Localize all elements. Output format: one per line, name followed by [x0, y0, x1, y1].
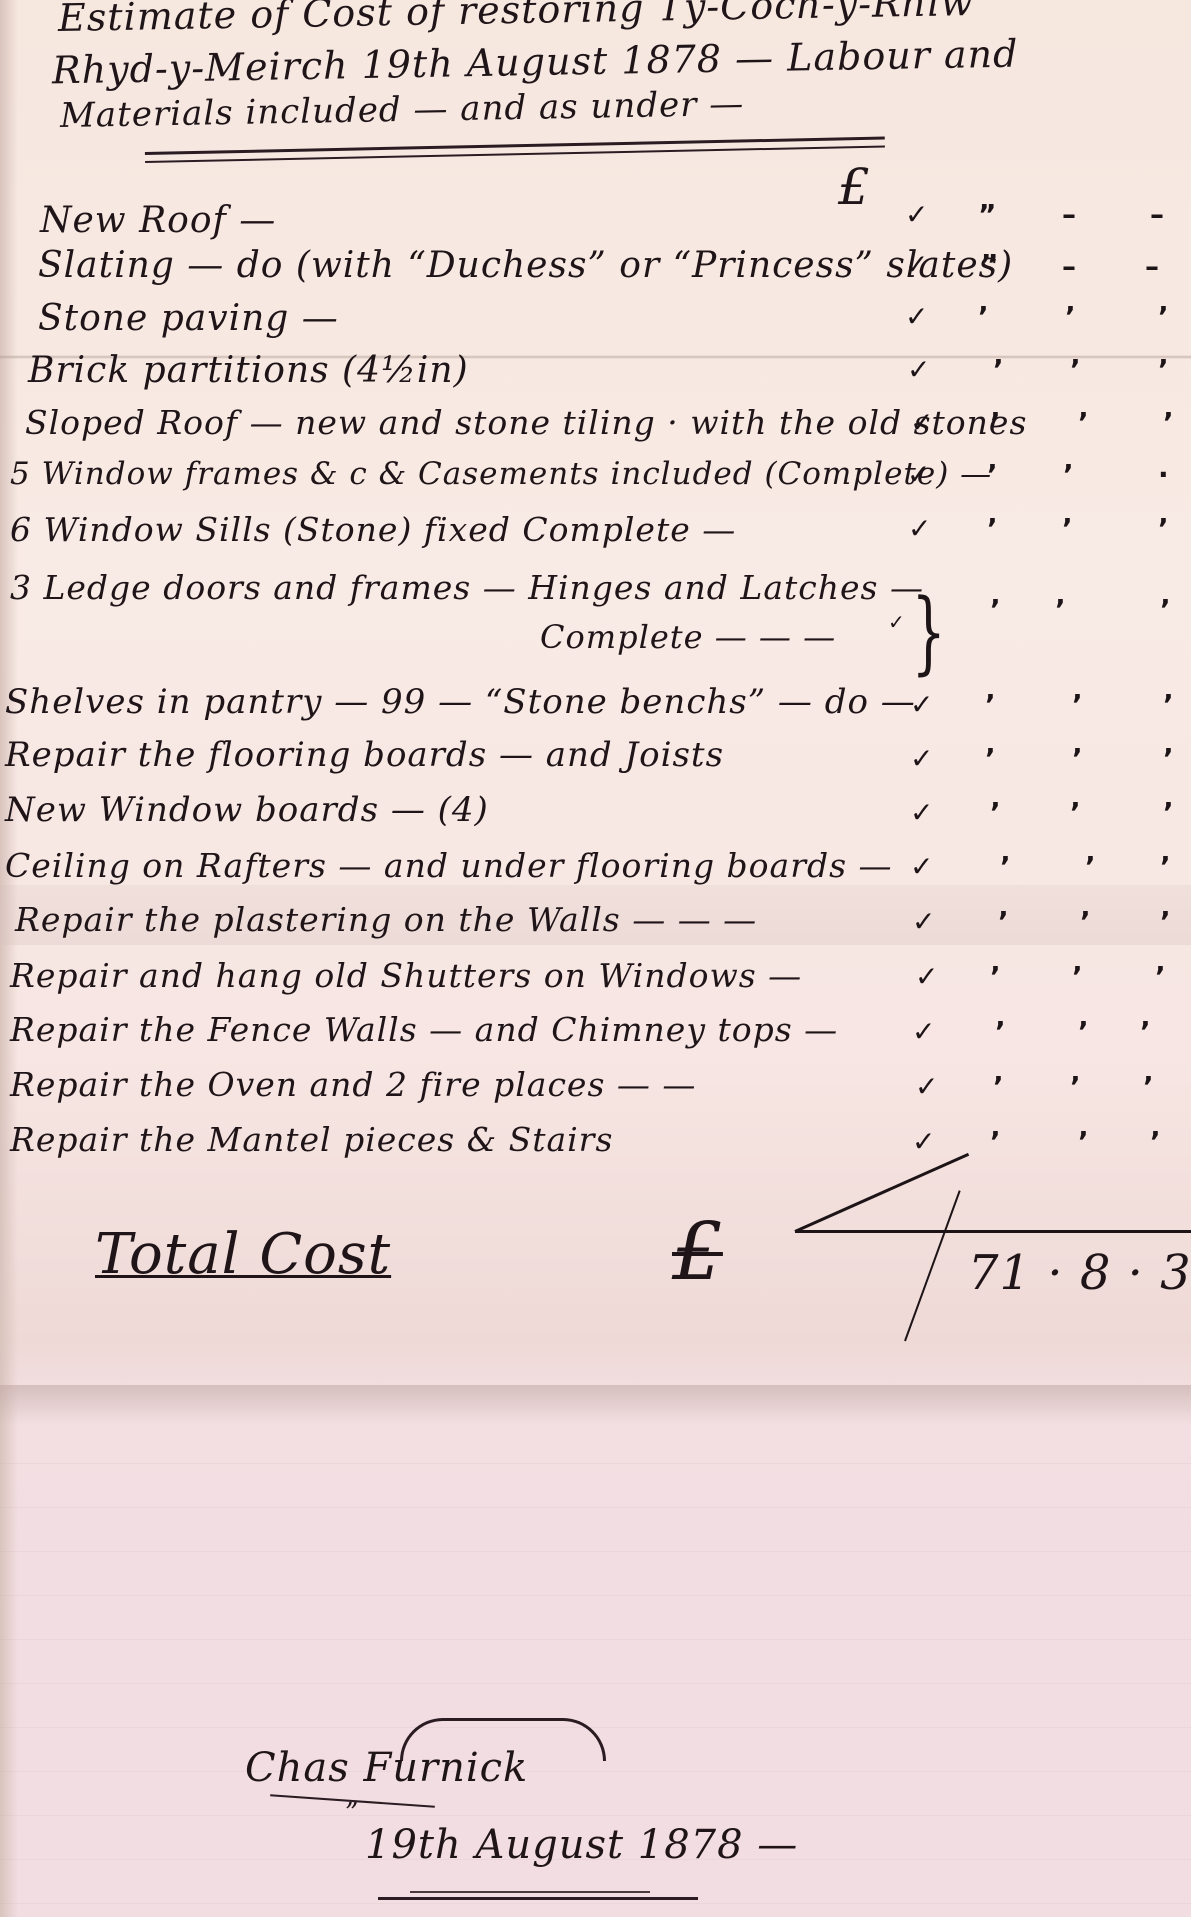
check-mark: ✓ [910, 796, 933, 829]
item-line: 6 Window Sills (Stone) fixed Complete — [10, 510, 736, 549]
header-line-2: Rhyd-y-Meirch 19th August 1878 — Labour … [52, 32, 1019, 93]
item-line: New Window boards — (4) [5, 790, 489, 830]
tick-mark: ’ [1080, 905, 1091, 938]
dash-mark: – [1150, 198, 1164, 231]
check-mark: ✓ [905, 198, 928, 231]
item-line: Repair the Fence Walls — and Chimney top… [10, 1010, 838, 1049]
tick-mark: ’ [978, 300, 989, 333]
tick-mark: ’ [993, 353, 1004, 386]
tick-mark: ’ [1070, 796, 1081, 829]
tick-mark: ’ [1163, 742, 1174, 775]
check-mark: ✓ [908, 512, 931, 545]
signature-ditto-mark: ” [345, 1798, 359, 1828]
tick-mark: ’ [1160, 593, 1171, 626]
tick-mark: ’ [1070, 353, 1081, 386]
tick-mark: ’ [985, 742, 996, 775]
total-slash-rule [904, 1190, 961, 1341]
item-line: Repair the Mantel pieces & Stairs [10, 1120, 613, 1159]
item-line: Brick partitions (4½in) [28, 350, 469, 391]
check-mark: ✓ [912, 1015, 935, 1048]
tick-mark: ’ [1160, 850, 1171, 883]
tick-mark: ’ [995, 1015, 1006, 1048]
tick-mark: ’ [1062, 512, 1073, 545]
header-line-3: Materials included — and as under — [60, 84, 745, 136]
dash-mark: – [1062, 250, 1076, 283]
item-line: 3 Ledge doors and frames — Hinges and La… [10, 568, 924, 607]
paper-fold-crease [0, 1385, 1191, 1425]
signature-name: Chas Furnick [245, 1745, 528, 1791]
dash-mark: – [1145, 250, 1159, 283]
check-mark: ✓ [905, 248, 928, 281]
item-line: New Roof — [40, 200, 276, 241]
signature-date: 19th August 1878 — [365, 1822, 798, 1868]
item-line: Slating — do (with “Duchess” or “Princes… [38, 245, 1013, 286]
check-mark: ✓ [907, 458, 930, 491]
check-mark: ✓ [912, 1125, 935, 1158]
tick-mark: ’ [1070, 1070, 1081, 1103]
tick-mark: ’ [1055, 593, 1066, 626]
tick-mark: ’ [1140, 1015, 1151, 1048]
date-underline-faint [410, 1891, 650, 1893]
item-line: Repair the flooring boards — and Joists [5, 735, 724, 775]
tick-mark: ’ [993, 1070, 1004, 1103]
tick-mark: ’ [987, 512, 998, 545]
check-mark: ✓ [912, 905, 935, 938]
item-line: Complete — — — [540, 618, 836, 656]
item-line: Stone paving — [38, 298, 339, 339]
tick-mark: ’ [1078, 1015, 1089, 1048]
check-mark: ✓ [915, 1070, 938, 1103]
tick-mark: ’ [1072, 688, 1083, 721]
tick-mark: ’ [1072, 960, 1083, 993]
check-mark-small: ✓ [888, 610, 905, 634]
check-mark: ✓ [910, 406, 933, 439]
check-mark: ✓ [910, 742, 933, 775]
tick-mark: ’ [1143, 1070, 1154, 1103]
tick-mark: ’ [1163, 796, 1174, 829]
tick-mark: ’ [1000, 850, 1011, 883]
item-line: Ceiling on Rafters — and under flooring … [5, 846, 893, 885]
tick-mark: ’ [990, 1125, 1001, 1158]
tick-mark: ’ [990, 796, 1001, 829]
tick-mark: ’ [1158, 353, 1169, 386]
item-line: Repair the Oven and 2 fire places — — [10, 1065, 696, 1104]
ditto-mark: ” [978, 198, 996, 231]
pound-symbol-header: £ [838, 158, 870, 216]
tick-mark: ’ [1065, 300, 1076, 333]
ditto-mark: ” [980, 248, 998, 281]
pound-symbol-total: £ [672, 1205, 723, 1298]
tick-mark: ’ [987, 458, 998, 491]
item-line: Shelves in pantry — 99 — “Stone benchs” … [5, 682, 916, 722]
tick-mark: ’ [1155, 960, 1166, 993]
bracket-brace: } [911, 580, 945, 685]
check-mark: ✓ [905, 300, 928, 333]
header-double-rule [145, 137, 885, 163]
tick-mark: ’ [998, 905, 1009, 938]
item-line: Repair the plastering on the Walls — — — [15, 900, 757, 939]
tick-mark: ’ [1063, 458, 1074, 491]
total-horizontal-rule [795, 1230, 1191, 1233]
total-cost-value: 71 · 8 · 3 [968, 1245, 1191, 1301]
tick-mark: ’ [1163, 688, 1174, 721]
total-cost-label: Total Cost [95, 1222, 391, 1287]
date-underline [378, 1897, 698, 1900]
tick-mark: ’ [985, 688, 996, 721]
tick-mark: ’ [1078, 406, 1089, 439]
tick-mark: ’ [1150, 1125, 1161, 1158]
check-mark: ✓ [910, 850, 933, 883]
tick-mark: ’ [990, 593, 1001, 626]
check-mark: ✓ [910, 688, 933, 721]
item-line: Sloped Roof — new and stone tiling · wit… [25, 403, 1027, 442]
tick-mark: ’ [1160, 905, 1171, 938]
tick-mark: ’ [990, 406, 1001, 439]
check-mark: ✓ [907, 353, 930, 386]
tick-mark: ’ [1085, 850, 1096, 883]
check-mark: ✓ [915, 960, 938, 993]
tick-mark: ’ [1158, 512, 1169, 545]
tick-mark: ’ [1163, 406, 1174, 439]
tick-mark: ’ [1078, 1125, 1089, 1158]
tick-mark: ’ [1158, 300, 1169, 333]
tick-mark: · [1158, 458, 1169, 491]
tick-mark: ’ [1072, 742, 1083, 775]
item-line: Repair and hang old Shutters on Windows … [10, 956, 802, 995]
tick-mark: ’ [990, 960, 1001, 993]
dash-mark: – [1062, 198, 1076, 231]
item-line: 5 Window frames & c & Casements included… [10, 456, 992, 492]
total-diagonal-rule [794, 1153, 969, 1233]
